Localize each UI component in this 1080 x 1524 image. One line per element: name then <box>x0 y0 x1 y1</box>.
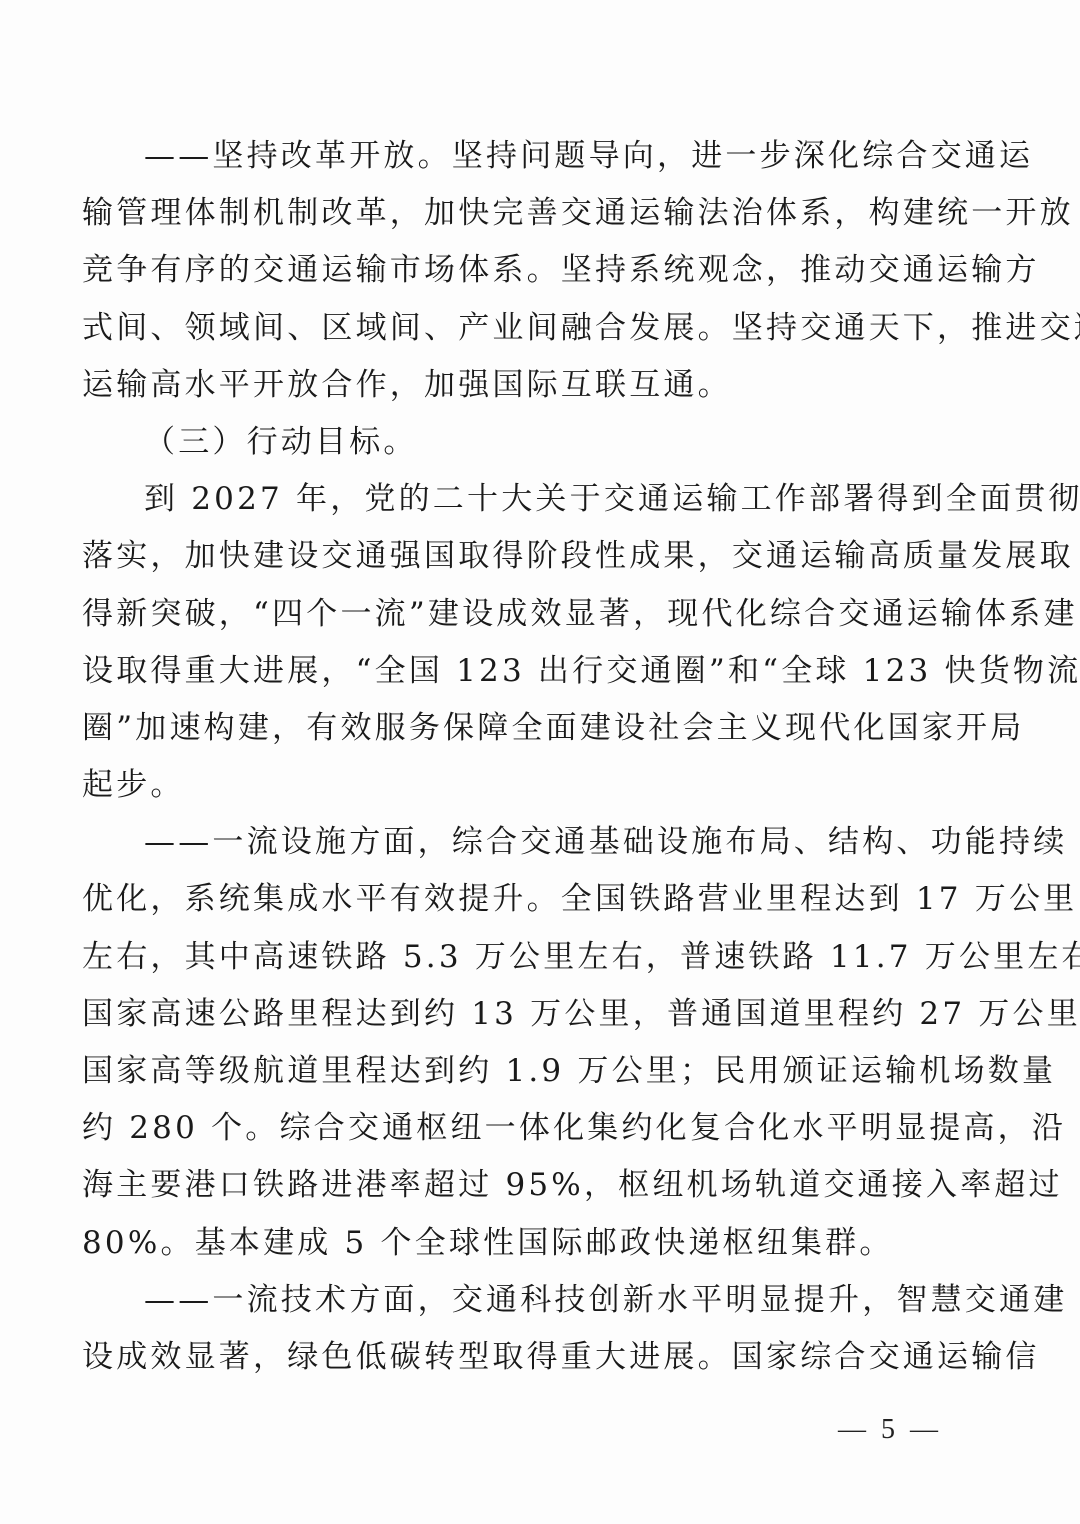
text-line: 起步。 <box>82 757 952 814</box>
text-line: 输管理体制机制改革，加快完善交通运输法治体系，构建统一开放 <box>82 185 952 242</box>
text-line: 设成效显著，绿色低碳转型取得重大进展。国家综合交通运输信 <box>82 1329 952 1386</box>
text-line: ——一流技术方面，交通科技创新水平明显提升，智慧交通建 <box>82 1272 952 1329</box>
text-line: 优化，系统集成水平有效提升。全国铁路营业里程达到 17 万公里 <box>82 871 952 928</box>
text-line: 运输高水平开放合作，加强国际互联互通。 <box>82 357 952 414</box>
text-line: ——坚持改革开放。坚持问题导向，进一步深化综合交通运 <box>82 128 952 185</box>
text-line: 国家高等级航道里程达到约 1.9 万公里；民用颁证运输机场数量 <box>82 1043 952 1100</box>
text-line: 国家高速公路里程达到约 13 万公里，普通国道里程约 27 万公里； <box>82 986 952 1043</box>
text-line: 到 2027 年，党的二十大关于交通运输工作部署得到全面贯彻 <box>82 471 952 528</box>
text-line: 式间、领域间、区域间、产业间融合发展。坚持交通天下，推进交通 <box>82 300 952 357</box>
text-line: 约 280 个。综合交通枢纽一体化集约化复合化水平明显提高，沿 <box>82 1100 952 1157</box>
page-number: — 5 — <box>830 1414 950 1446</box>
text-line: 落实，加快建设交通强国取得阶段性成果，交通运输高质量发展取 <box>82 528 952 585</box>
body-text: ——坚持改革开放。坚持问题导向，进一步深化综合交通运输管理体制机制改革，加快完善… <box>82 128 952 1386</box>
text-line: 80%。基本建成 5 个全球性国际邮政快递枢纽集群。 <box>82 1215 952 1272</box>
document-page: ——坚持改革开放。坚持问题导向，进一步深化综合交通运输管理体制机制改革，加快完善… <box>0 0 1080 1524</box>
text-line: （三）行动目标。 <box>82 414 952 471</box>
text-line: 海主要港口铁路进港率超过 95%，枢纽机场轨道交通接入率超过 <box>82 1157 952 1214</box>
text-line: 设取得重大进展，“全国 123 出行交通圈”和“全球 123 快货物流 <box>82 643 952 700</box>
text-line: 圈”加速构建，有效服务保障全面建设社会主义现代化国家开局 <box>82 700 952 757</box>
text-line: ——一流设施方面，综合交通基础设施布局、结构、功能持续 <box>82 814 952 871</box>
text-line: 左右，其中高速铁路 5.3 万公里左右，普速铁路 11.7 万公里左右； <box>82 929 952 986</box>
text-line: 竞争有序的交通运输市场体系。坚持系统观念，推动交通运输方 <box>82 242 952 299</box>
text-line: 得新突破，“四个一流”建设成效显著，现代化综合交通运输体系建 <box>82 586 952 643</box>
